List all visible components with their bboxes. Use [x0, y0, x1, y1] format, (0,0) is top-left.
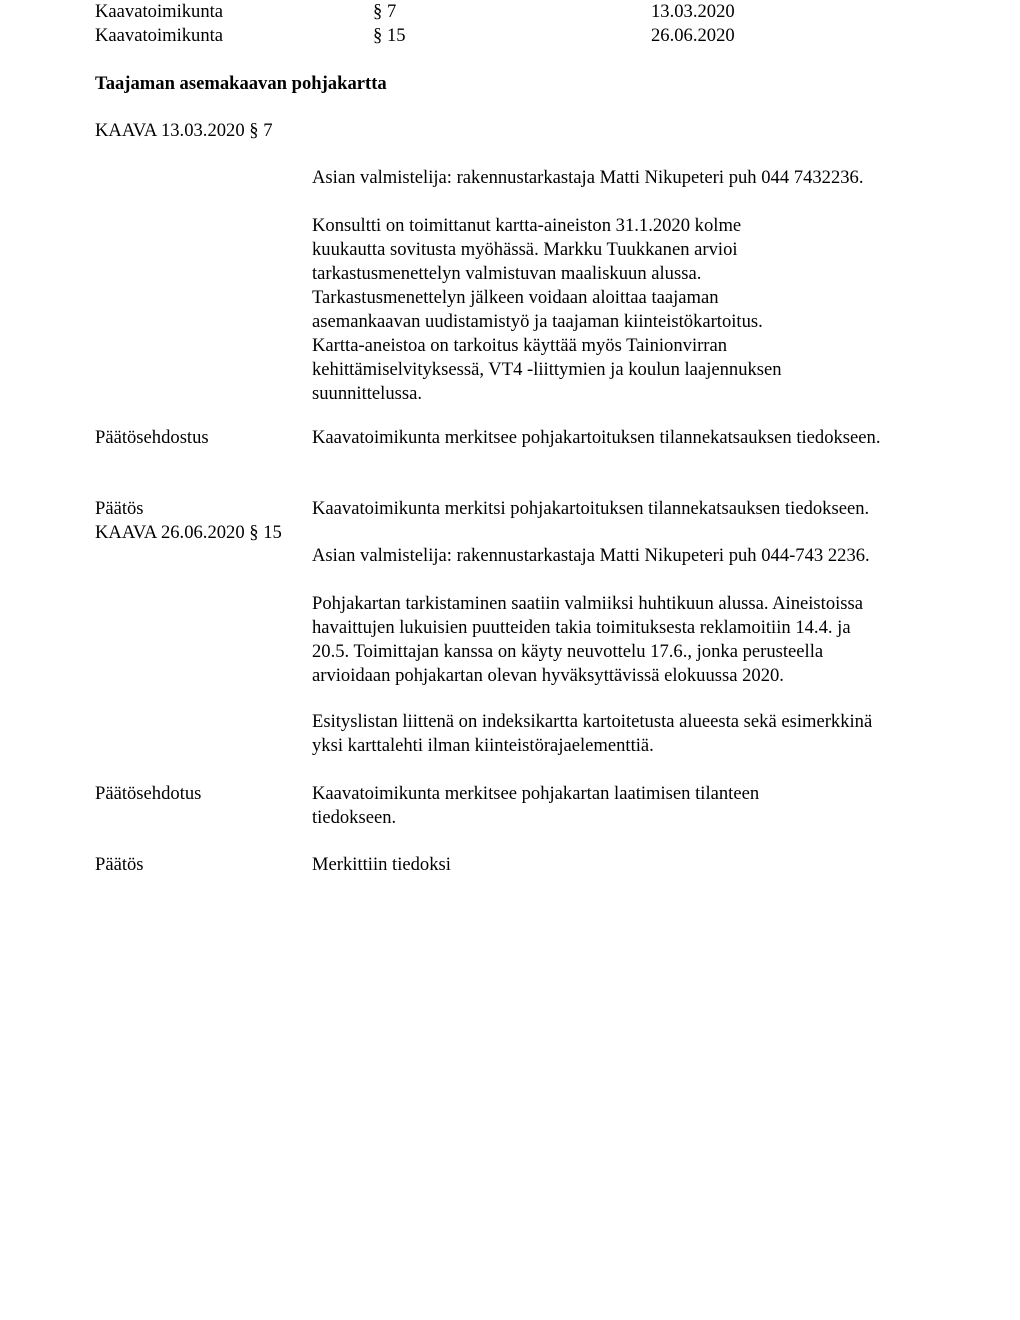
paragraph-line: kehittämiselvityksessä, VT4 -liittymien …: [312, 358, 782, 382]
header-row-2-date: 26.06.2020: [651, 24, 735, 48]
paragraph-line: 20.5. Toimittajan kanssa on käyty neuvot…: [312, 640, 863, 664]
paragraph-line: yksi karttalehti ilman kiinteistörajaele…: [312, 734, 872, 758]
meeting1-preparer: Asian valmistelija: rakennustarkastaja M…: [312, 166, 864, 190]
meeting1-proposal-label: Päätösehdostus: [95, 426, 209, 450]
meeting2-paragraph-2: Esityslistan liittenä on indeksikartta k…: [312, 710, 872, 758]
meeting2-reference: KAAVA 26.06.2020 § 15: [95, 521, 282, 545]
meeting2-paragraph-1: Pohjakartan tarkistaminen saatiin valmii…: [312, 592, 863, 688]
meeting1-decision-label: Päätös: [95, 497, 144, 521]
header-row-1-date: 13.03.2020: [651, 0, 735, 24]
meeting1-proposal-text: Kaavatoimikunta merkitsee pohjakartoituk…: [312, 426, 881, 450]
paragraph-line: Konsultti on toimittanut kartta-aineisto…: [312, 214, 782, 238]
meeting2-preparer: Asian valmistelija: rakennustarkastaja M…: [312, 544, 870, 568]
paragraph-line: Esityslistan liittenä on indeksikartta k…: [312, 710, 872, 734]
paragraph-line: kuukautta sovitusta myöhässä. Markku Tuu…: [312, 238, 782, 262]
meeting2-decision-label: Päätös: [95, 853, 144, 877]
paragraph-line: Pohjakartan tarkistaminen saatiin valmii…: [312, 592, 863, 616]
paragraph-line: tarkastusmenettelyn valmistuvan maalisku…: [312, 262, 782, 286]
proposal-line: tiedokseen.: [312, 806, 759, 830]
paragraph-line: asemankaavan uudistamistyö ja taajaman k…: [312, 310, 782, 334]
meeting2-proposal-text: Kaavatoimikunta merkitsee pohjakartan la…: [312, 782, 759, 830]
header-row-1-body: Kaavatoimikunta: [95, 0, 223, 24]
header-row-2-body: Kaavatoimikunta: [95, 24, 223, 48]
meeting2-proposal-label: Päätösehdotus: [95, 782, 201, 806]
paragraph-line: Kartta-aneistoa on tarkoitus käyttää myö…: [312, 334, 782, 358]
paragraph-line: arvioidaan pohjakartan olevan hyväksyttä…: [312, 664, 863, 688]
paragraph-line: suunnittelussa.: [312, 382, 782, 406]
header-row-1-section: § 7: [373, 0, 396, 24]
meeting2-decision-text: Merkittiin tiedoksi: [312, 853, 451, 877]
proposal-line: Kaavatoimikunta merkitsee pohjakartan la…: [312, 782, 759, 806]
header-row-2-section: § 15: [373, 24, 406, 48]
paragraph-line: Tarkastusmenettelyn jälkeen voidaan aloi…: [312, 286, 782, 310]
paragraph-line: havaittujen lukuisien puutteiden takia t…: [312, 616, 863, 640]
meeting1-reference: KAAVA 13.03.2020 § 7: [95, 119, 273, 143]
meeting1-decision-text: Kaavatoimikunta merkitsi pohjakartoituks…: [312, 497, 869, 521]
meeting1-paragraph: Konsultti on toimittanut kartta-aineisto…: [312, 214, 782, 406]
document-title: Taajaman asemakaavan pohjakartta: [95, 72, 387, 96]
